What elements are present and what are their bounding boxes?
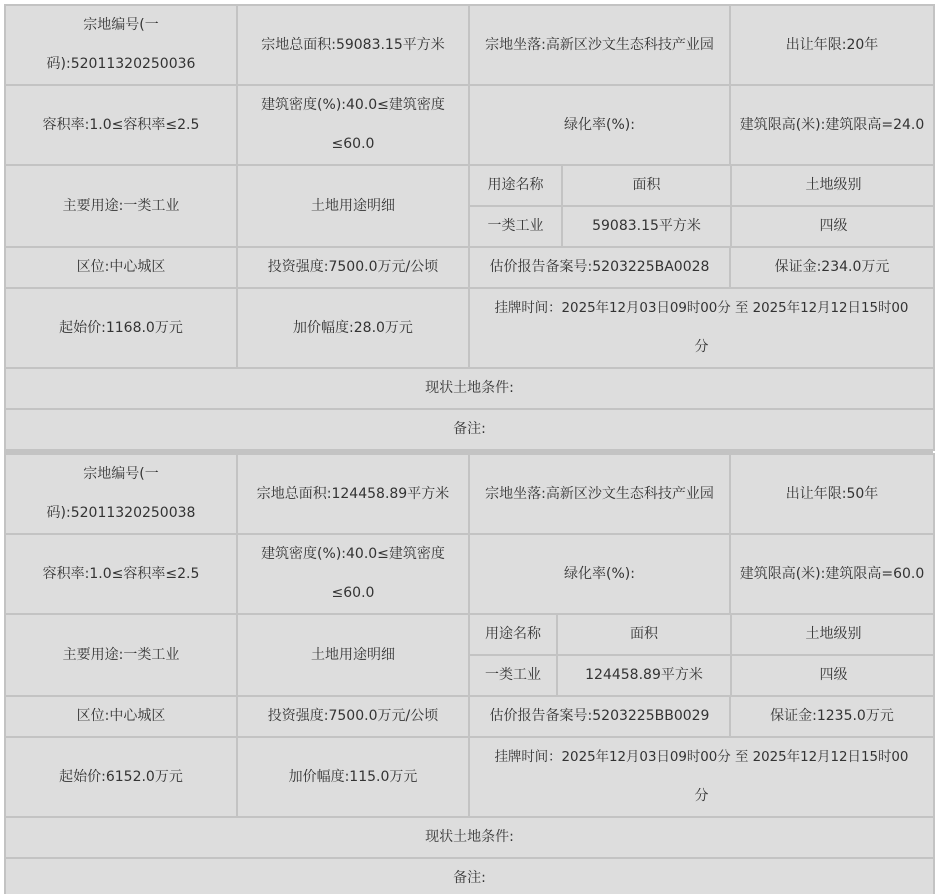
- use-header-area: 面积: [557, 615, 731, 655]
- parcel-code-cell: 宗地编号(一 码):52011320250036: [5, 5, 237, 85]
- building-density-cell: 建筑密度(%):40.0≤建筑密度 ≤60.0: [237, 85, 469, 165]
- zone: 区位:中心城区: [5, 247, 237, 288]
- use-header-grade: 土地级别: [731, 615, 935, 655]
- bid-increment: 加价幅度:115.0万元: [237, 737, 469, 817]
- use-row-name: 一类工业: [470, 206, 562, 246]
- use-header-name: 用途名称: [470, 166, 562, 206]
- start-price: 起始价:6152.0万元: [5, 737, 237, 817]
- zone: 区位:中心城区: [5, 696, 237, 737]
- transfer-term: 出让年限:50年: [730, 454, 934, 534]
- green-rate: 绿化率(%):: [469, 85, 730, 165]
- total-area: 宗地总面积:59083.15平方米: [237, 5, 469, 85]
- remarks: 备注:: [5, 858, 934, 894]
- building-density-line1: 建筑密度(%):40.0≤建筑密度: [240, 535, 466, 574]
- bid-increment: 加价幅度:28.0万元: [237, 288, 469, 368]
- appraisal-number: 估价报告备案号:5203225BB0029: [469, 696, 730, 737]
- listing-time-line1: 挂牌时间：2025年12月03日09时00分 至 2025年12月12日15时0…: [470, 738, 933, 777]
- use-row-area: 124458.89平方米: [557, 655, 731, 695]
- height-limit: 建筑限高(米):建筑限高=60.0: [730, 534, 934, 614]
- parcel-code-line2: 码):52011320250036: [8, 45, 234, 84]
- listing-time-cell: 挂牌时间：2025年12月03日09时00分 至 2025年12月12日15时0…: [469, 288, 934, 368]
- use-row-grade: 四级: [731, 206, 935, 246]
- floor-area-ratio: 容积率:1.0≤容积率≤2.5: [5, 85, 237, 165]
- parcel-code-line1: 宗地编号(一: [8, 455, 234, 494]
- listing-time-line2: 分: [470, 328, 933, 367]
- appraisal-number: 估价报告备案号:5203225BA0028: [469, 247, 730, 288]
- use-row-grade: 四级: [731, 655, 935, 695]
- deposit: 保证金:234.0万元: [730, 247, 934, 288]
- use-header-area: 面积: [562, 166, 731, 206]
- floor-area-ratio: 容积率:1.0≤容积率≤2.5: [5, 534, 237, 614]
- use-row-name: 一类工业: [470, 655, 557, 695]
- location: 宗地坐落:高新区沙文生态科技产业园: [469, 5, 730, 85]
- parcel-code-line2: 码):52011320250038: [8, 494, 234, 533]
- building-density-line2: ≤60.0: [240, 125, 466, 164]
- use-detail-cell: 用途名称 面积 土地级别 一类工业 124458.89平方米 四级: [469, 614, 934, 696]
- parcel-list: 宗地编号(一 码):52011320250036 宗地总面积:59083.15平…: [4, 4, 934, 894]
- land-condition: 现状土地条件:: [5, 368, 934, 409]
- parcel-code-line1: 宗地编号(一: [8, 6, 234, 45]
- green-rate: 绿化率(%):: [469, 534, 730, 614]
- location: 宗地坐落:高新区沙文生态科技产业园: [469, 454, 730, 534]
- deposit: 保证金:1235.0万元: [730, 696, 934, 737]
- land-condition: 现状土地条件:: [5, 817, 934, 858]
- building-density-cell: 建筑密度(%):40.0≤建筑密度 ≤60.0: [237, 534, 469, 614]
- use-header-name: 用途名称: [470, 615, 557, 655]
- parcel-table-2: 宗地编号(一 码):52011320250038 宗地总面积:124458.89…: [4, 453, 935, 894]
- main-use: 主要用途:一类工业: [5, 614, 237, 696]
- parcel-code-cell: 宗地编号(一 码):52011320250038: [5, 454, 237, 534]
- parcel-table-1: 宗地编号(一 码):52011320250036 宗地总面积:59083.15平…: [4, 4, 935, 451]
- use-detail-label: 土地用途明细: [237, 614, 469, 696]
- main-use: 主要用途:一类工业: [5, 165, 237, 247]
- use-detail-table: 用途名称 面积 土地级别 一类工业 59083.15平方米 四级: [470, 166, 935, 246]
- investment-intensity: 投资强度:7500.0万元/公顷: [237, 696, 469, 737]
- use-detail-cell: 用途名称 面积 土地级别 一类工业 59083.15平方米 四级: [469, 165, 934, 247]
- listing-time-cell: 挂牌时间：2025年12月03日09时00分 至 2025年12月12日15时0…: [469, 737, 934, 817]
- use-detail-label: 土地用途明细: [237, 165, 469, 247]
- building-density-line1: 建筑密度(%):40.0≤建筑密度: [240, 86, 466, 125]
- building-density-line2: ≤60.0: [240, 574, 466, 613]
- listing-time-line2: 分: [470, 777, 933, 816]
- listing-time-line1: 挂牌时间：2025年12月03日09时00分 至 2025年12月12日15时0…: [470, 289, 933, 328]
- start-price: 起始价:1168.0万元: [5, 288, 237, 368]
- height-limit: 建筑限高(米):建筑限高=24.0: [730, 85, 934, 165]
- use-row-area: 59083.15平方米: [562, 206, 731, 246]
- use-header-grade: 土地级别: [731, 166, 935, 206]
- transfer-term: 出让年限:20年: [730, 5, 934, 85]
- total-area: 宗地总面积:124458.89平方米: [237, 454, 469, 534]
- use-detail-table: 用途名称 面积 土地级别 一类工业 124458.89平方米 四级: [470, 615, 935, 695]
- investment-intensity: 投资强度:7500.0万元/公顷: [237, 247, 469, 288]
- remarks: 备注:: [5, 409, 934, 450]
